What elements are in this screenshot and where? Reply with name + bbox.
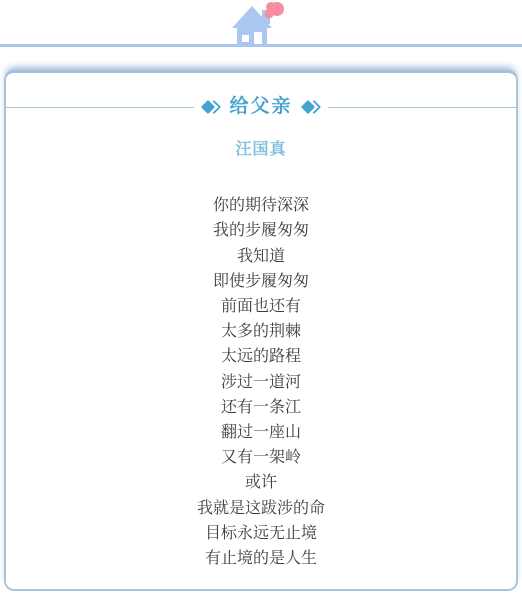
- poem-title-wrap: 给父亲: [194, 96, 327, 119]
- poem-author: 汪国真: [6, 140, 516, 159]
- poem-line: 有止境的是人生: [6, 546, 516, 571]
- page: 给父亲 汪国真 你的期待深深 我的步履匆匆 我知道 即使步履匆匆 前面也还有 太…: [0, 0, 522, 594]
- poem-line: 前面也还有: [6, 294, 516, 319]
- poem-line: 又有一架岭: [6, 445, 516, 470]
- poem-line: 太远的路程: [6, 344, 516, 369]
- poem-card: 给父亲 汪国真 你的期待深深 我的步履匆匆 我知道 即使步履匆匆 前面也还有 太…: [4, 70, 518, 591]
- diamond-chevron-icon-right: [303, 102, 319, 112]
- poem-line: 翻过一座山: [6, 420, 516, 445]
- poem-line: 还有一条江: [6, 395, 516, 420]
- poem-line: 涉过一道河: [6, 370, 516, 395]
- poem-line: 你的期待深深: [6, 193, 516, 218]
- poem-title: 给父亲: [229, 96, 292, 119]
- diamond-chevron-icon-left: [203, 102, 219, 112]
- home-house-icon: [229, 1, 293, 47]
- poem-line: 我知道: [6, 244, 516, 269]
- poem-line: 即使步履匆匆: [6, 269, 516, 294]
- poem-line: 我的步履匆匆: [6, 218, 516, 243]
- poem-body: 你的期待深深 我的步履匆匆 我知道 即使步履匆匆 前面也还有 太多的荆棘 太远的…: [6, 193, 516, 571]
- poem-title-row: 给父亲: [6, 94, 516, 120]
- poem-line: 或许: [6, 470, 516, 495]
- poem-line: 目标永远无止境: [6, 521, 516, 546]
- site-header: [0, 0, 522, 48]
- home-link[interactable]: [229, 1, 293, 47]
- poem-line: 我就是这跋涉的命: [6, 496, 516, 521]
- poem-line: 太多的荆棘: [6, 319, 516, 344]
